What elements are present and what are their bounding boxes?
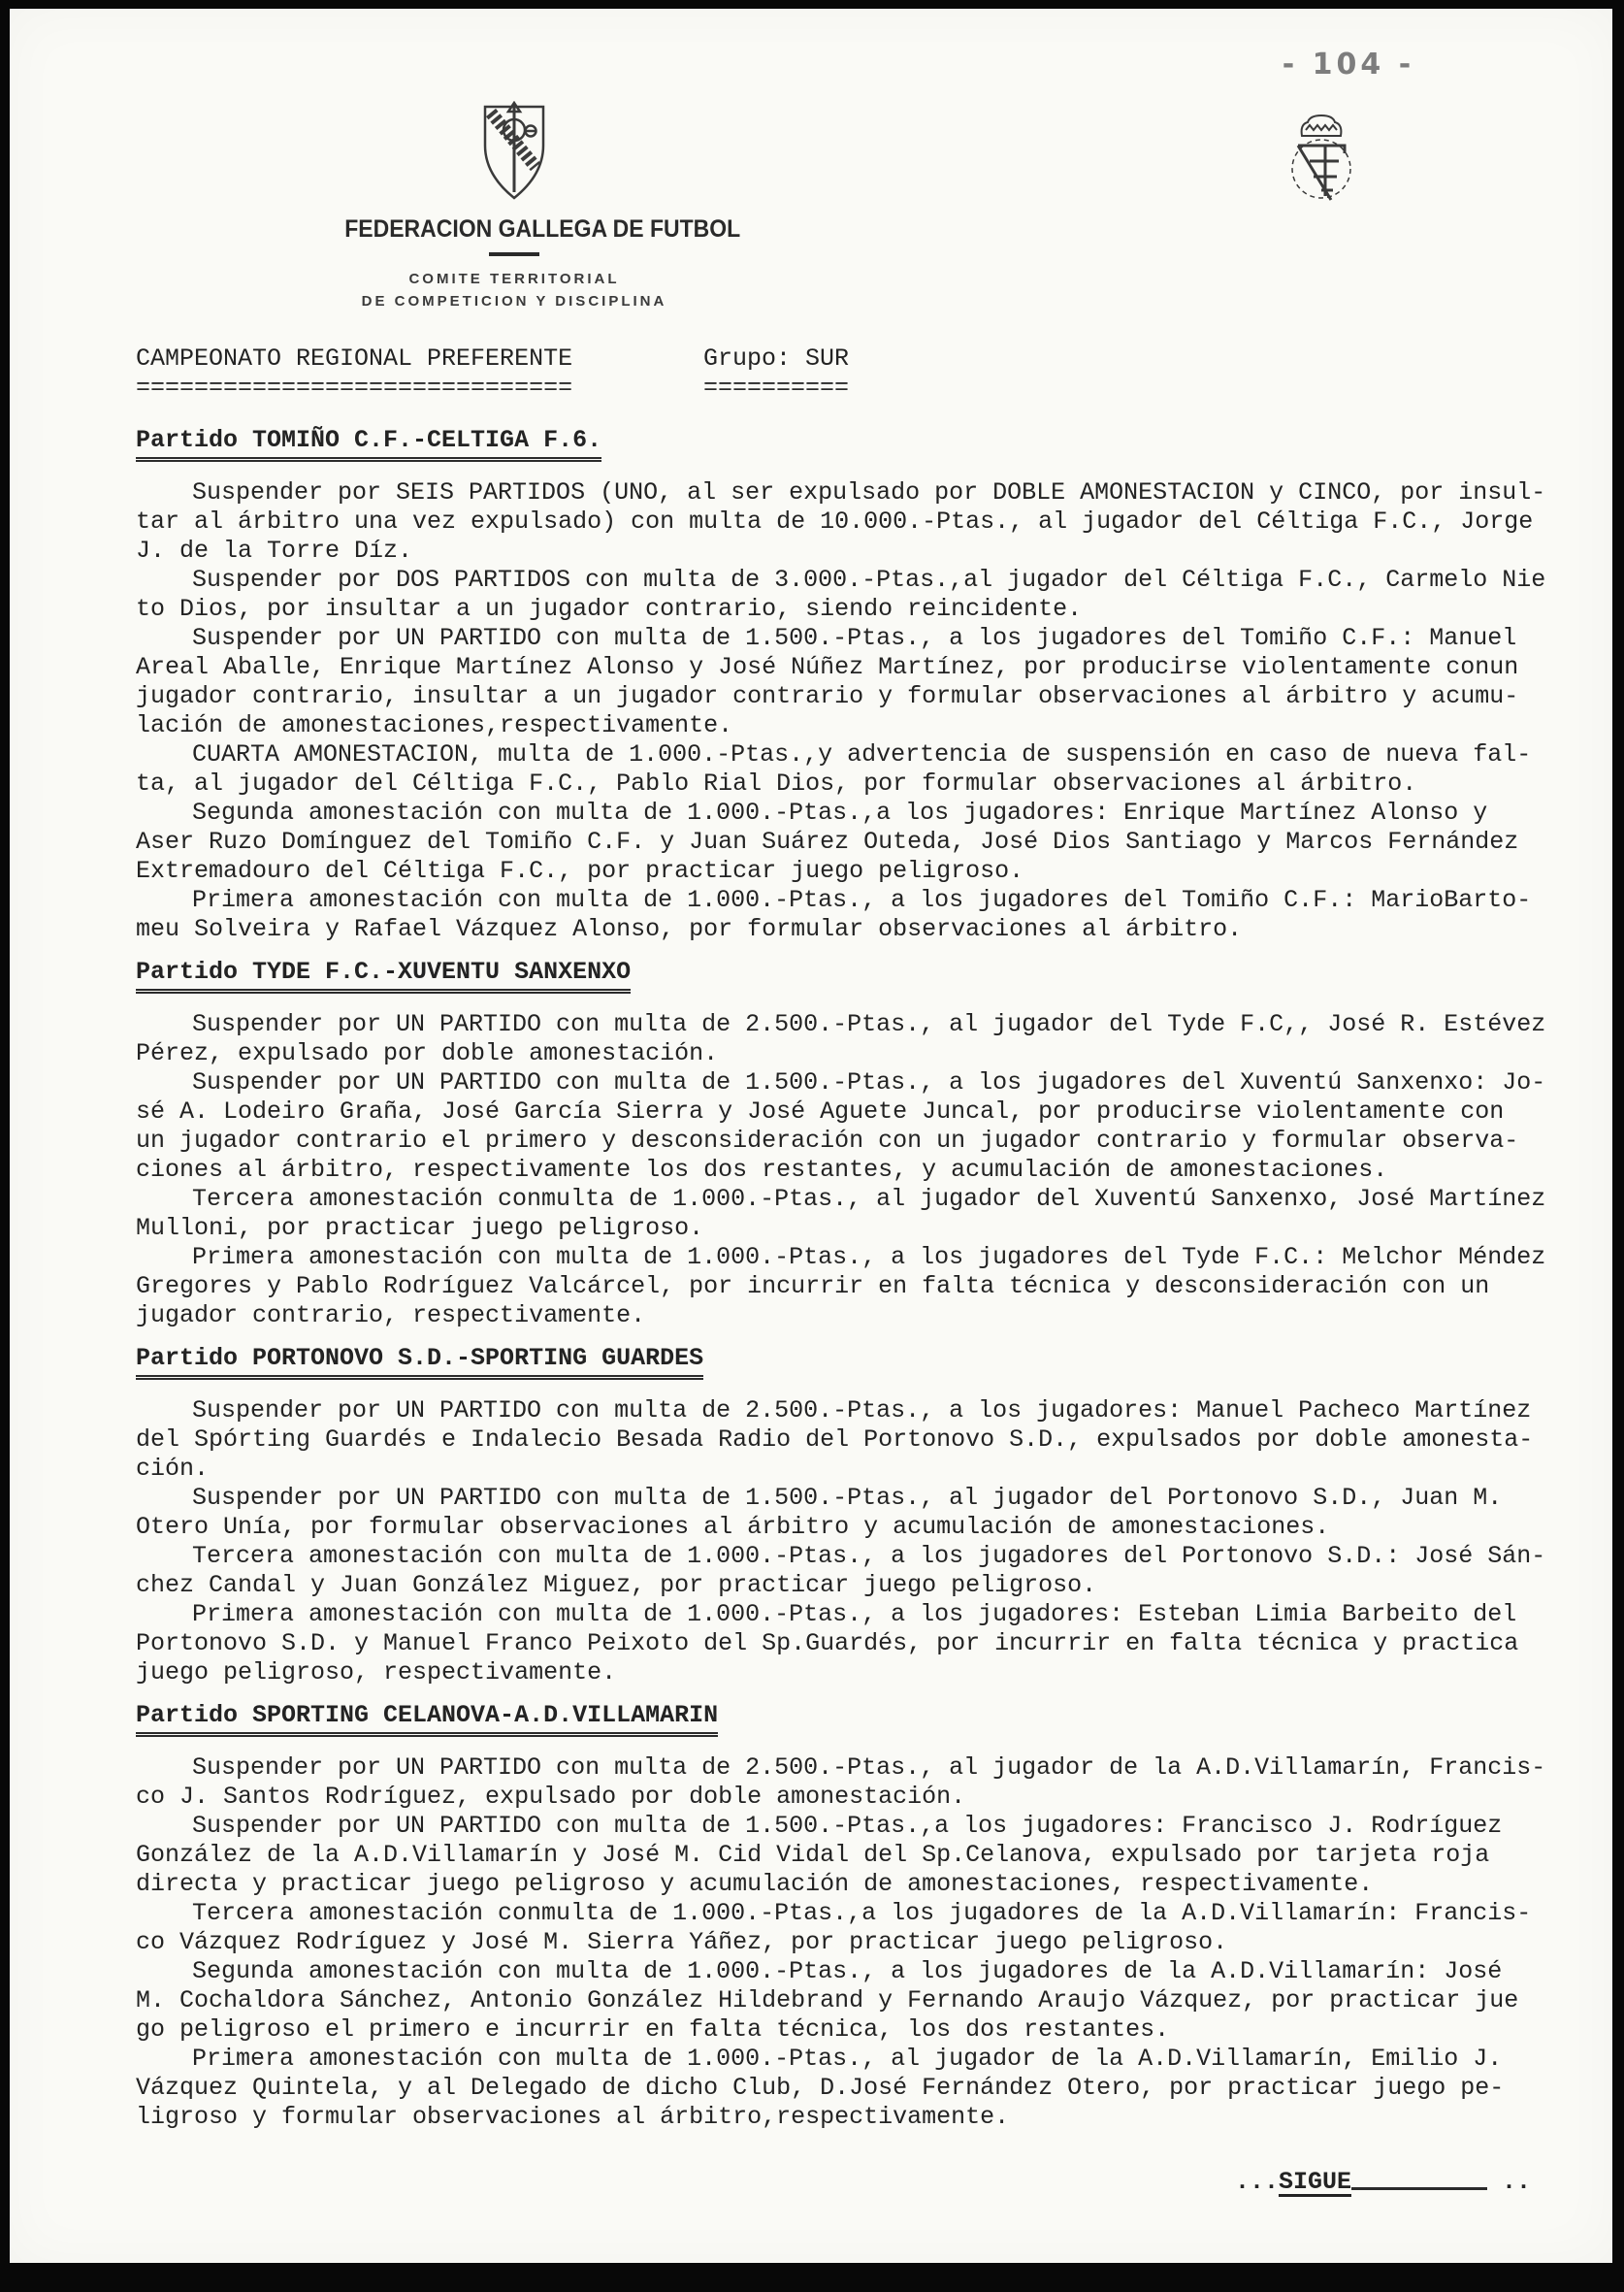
match-section: Partido SPORTING CELANOVA-A.D.VILLAMARIN… [136,1701,1599,2132]
typed-content: CAMPEONATO REGIONAL PREFERENTE =========… [136,344,1599,2197]
text-line: Mulloni, por practicar juego peligroso. [136,1214,1599,1243]
sanction-paragraph: Suspender por SEIS PARTIDOS (UNO, al ser… [136,478,1599,566]
text-line: J. de la Torre Díz. [136,537,1599,566]
text-line: sé A. Lodeiro Graña, José García Sierra … [136,1097,1599,1127]
text-line: Suspender por UN PARTIDO con multa de 1.… [136,1068,1599,1097]
group-label: Grupo: SUR [703,344,849,374]
section-heading: Partido TOMIÑO C.F.-CELTIGA F.6. [136,426,1599,462]
text-line: directa y practicar juego peligroso y ac… [136,1870,1599,1899]
text-line: Primera amonestación con multa de 1.000.… [136,1243,1599,1272]
continuation-suffix: .. [1487,2168,1531,2196]
royal-federation-crest-icon [1271,111,1372,217]
text-line: del Spórting Guardés e Indalecio Besada … [136,1425,1599,1455]
text-line: Suspender por UN PARTIDO con multa de 1.… [136,1812,1599,1841]
text-line: Tercera amonestación conmulta de 1.000.-… [136,1185,1599,1214]
sanction-paragraph: Primera amonestación con multa de 1.000.… [136,2045,1599,2132]
text-line: Suspender por UN PARTIDO con multa de 1.… [136,624,1599,653]
text-line: chez Candal y Juan González Miguez, por … [136,1571,1599,1600]
text-line: Suspender por DOS PARTIDOS con multa de … [136,566,1599,595]
committee-line-2: DE COMPETICION Y DISCIPLINA [330,290,698,312]
page-number: - 104 - [1261,48,1436,82]
scanned-document-page: - 104 - FEDERACION GALLEGA DE FUTBOL COM… [10,9,1612,2263]
continuation-line [1351,2163,1487,2190]
letterhead-rule [489,252,539,256]
text-line: Primera amonestación con multa de 1.000.… [136,2045,1599,2074]
federation-shield-icon [479,101,549,202]
sanction-paragraph: Suspender por DOS PARTIDOS con multa de … [136,566,1599,624]
text-line: juego peligroso, respectivamente. [136,1658,1599,1687]
text-line: CUARTA AMONESTACION, multa de 1.000.-Pta… [136,740,1599,769]
section-heading: Partido PORTONOVO S.D.-SPORTING GUARDES [136,1344,1599,1380]
sanction-paragraph: CUARTA AMONESTACION, multa de 1.000.-Pta… [136,740,1599,799]
section-heading: Partido TYDE F.C.-XUVENTU SANXENXO [136,958,1599,994]
text-line: un jugador contrario el primero y descon… [136,1127,1599,1156]
text-line: Areal Aballe, Enrique Martínez Alonso y … [136,653,1599,682]
text-line: Segunda amonestación con multa de 1.000.… [136,1957,1599,1986]
text-line: ción. [136,1455,1599,1484]
text-line: Suspender por UN PARTIDO con multa de 2.… [136,1396,1599,1425]
text-line: Pérez, expulsado por doble amonestación. [136,1039,1599,1068]
sanction-paragraph: Primera amonestación con multa de 1.000.… [136,1243,1599,1330]
text-line: Gregores y Pablo Rodríguez Valcárcel, po… [136,1272,1599,1301]
match-section: Partido TOMIÑO C.F.-CELTIGA F.6.Suspende… [136,426,1599,944]
championship-underline: ============================== [136,374,572,403]
continuation-prefix: ... [1235,2168,1279,2196]
text-line: Extremadouro del Céltiga F.C., por pract… [136,857,1599,886]
sanction-paragraph: Segunda amonestación con multa de 1.000.… [136,1957,1599,2045]
sanction-paragraph: Tercera amonestación con multa de 1.000.… [136,1542,1599,1600]
text-line: Tercera amonestación con multa de 1.000.… [136,1542,1599,1571]
section-heading: Partido SPORTING CELANOVA-A.D.VILLAMARIN [136,1701,1599,1737]
text-line: jugador contrario, insultar a un jugador… [136,682,1599,711]
text-line: ciones al árbitro, respectivamente los d… [136,1156,1599,1185]
text-line: jugador contrario, respectivamente. [136,1301,1599,1330]
championship-title: CAMPEONATO REGIONAL PREFERENTE [136,344,572,374]
sanction-paragraph: Segunda amonestación con multa de 1.000.… [136,799,1599,886]
committee-line-1: COMITE TERRITORIAL [330,268,698,290]
text-line: Aser Ruzo Domínguez del Tomiño C.F. y Ju… [136,828,1599,857]
match-section: Partido PORTONOVO S.D.-SPORTING GUARDESS… [136,1344,1599,1687]
continuation-label: SIGUE [1279,2168,1351,2196]
title-block: CAMPEONATO REGIONAL PREFERENTE =========… [136,344,1599,403]
text-line: Suspender por UN PARTIDO con multa de 2.… [136,1753,1599,1783]
section-heading-text: Partido TOMIÑO C.F.-CELTIGA F.6. [136,426,601,462]
section-heading-text: Partido SPORTING CELANOVA-A.D.VILLAMARIN [136,1701,718,1737]
text-line: lación de amonestaciones,respectivamente… [136,711,1599,740]
sanction-paragraph: Primera amonestación con multa de 1.000.… [136,886,1599,944]
text-line: Tercera amonestación conmulta de 1.000.-… [136,1899,1599,1928]
text-line: Portonovo S.D. y Manuel Franco Peixoto d… [136,1629,1599,1658]
continuation-footer: ...SIGUE .. [136,2163,1599,2197]
sanction-paragraph: Suspender por UN PARTIDO con multa de 1.… [136,624,1599,740]
sanction-paragraph: Tercera amonestación conmulta de 1.000.-… [136,1899,1599,1957]
text-line: co J. Santos Rodríguez, expulsado por do… [136,1783,1599,1812]
text-line: Vázquez Quintela, y al Delegado de dicho… [136,2074,1599,2103]
text-line: González de la A.D.Villamarín y José M. … [136,1841,1599,1870]
text-line: meu Solveira y Rafael Vázquez Alonso, po… [136,915,1599,944]
text-line: go peligroso el primero e incurrir en fa… [136,2015,1599,2045]
sanction-paragraph: Primera amonestación con multa de 1.000.… [136,1600,1599,1687]
text-line: Primera amonestación con multa de 1.000.… [136,1600,1599,1629]
sanction-paragraph: Suspender por UN PARTIDO con multa de 1.… [136,1812,1599,1899]
section-heading-text: Partido PORTONOVO S.D.-SPORTING GUARDES [136,1344,703,1380]
text-line: M. Cochaldora Sánchez, Antonio González … [136,1986,1599,2015]
text-line: Otero Unía, por formular observaciones a… [136,1513,1599,1542]
organization-name: FEDERACION GALLEGA DE FUTBOL [344,215,684,244]
text-line: Primera amonestación con multa de 1.000.… [136,886,1599,915]
text-line: tar al árbitro una vez expulsado) con mu… [136,508,1599,537]
text-line: Suspender por UN PARTIDO con multa de 2.… [136,1010,1599,1039]
text-line: to Dios, por insultar a un jugador contr… [136,595,1599,624]
section-heading-text: Partido TYDE F.C.-XUVENTU SANXENXO [136,958,631,994]
sanction-paragraph: Suspender por UN PARTIDO con multa de 1.… [136,1484,1599,1542]
sanction-paragraph: Tercera amonestación conmulta de 1.000.-… [136,1185,1599,1243]
sanction-paragraph: Suspender por UN PARTIDO con multa de 2.… [136,1010,1599,1068]
sanction-paragraph: Suspender por UN PARTIDO con multa de 2.… [136,1396,1599,1484]
sections-container: Partido TOMIÑO C.F.-CELTIGA F.6.Suspende… [136,426,1599,2132]
text-line: co Vázquez Rodríguez y José M. Sierra Yá… [136,1928,1599,1957]
text-line: ligroso y formular observaciones al árbi… [136,2103,1599,2132]
text-line: Segunda amonestación con multa de 1.000.… [136,799,1599,828]
group-underline: ========== [703,374,849,403]
match-section: Partido TYDE F.C.-XUVENTU SANXENXOSuspen… [136,958,1599,1330]
text-line: Suspender por UN PARTIDO con multa de 1.… [136,1484,1599,1513]
sanction-paragraph: Suspender por UN PARTIDO con multa de 2.… [136,1753,1599,1812]
text-line: ta, al jugador del Céltiga F.C., Pablo R… [136,769,1599,799]
letterhead: FEDERACION GALLEGA DE FUTBOL COMITE TERR… [330,101,698,312]
sanction-paragraph: Suspender por UN PARTIDO con multa de 1.… [136,1068,1599,1185]
text-line: Suspender por SEIS PARTIDOS (UNO, al ser… [136,478,1599,508]
